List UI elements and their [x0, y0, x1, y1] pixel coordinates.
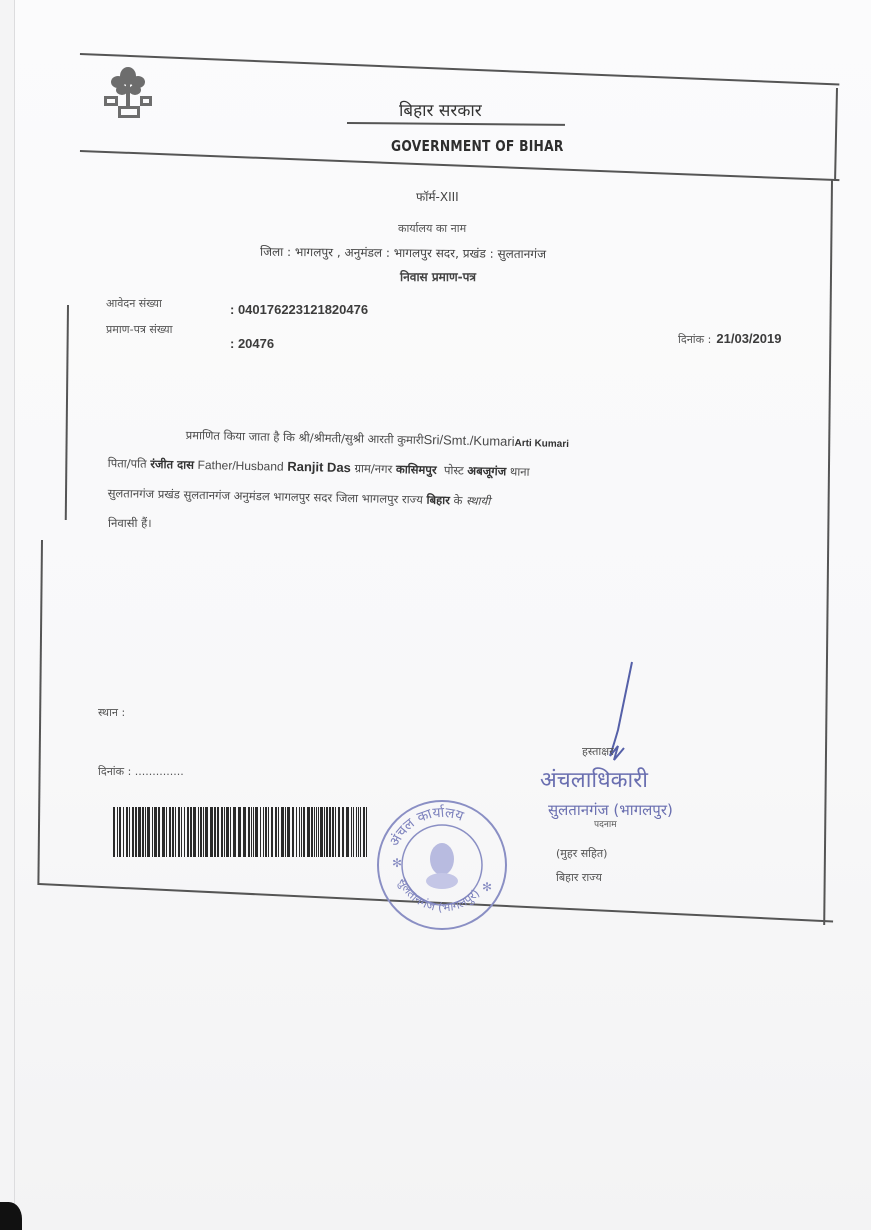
office-detail: जिला : भागलपुर , अनुमंडल : भागलपुर सदर, … [260, 243, 546, 262]
certificate-type: निवास प्रमाण-पत्र [400, 268, 476, 285]
place-label: स्थान : [98, 705, 125, 720]
office-label: कार्यालय का नाम [398, 221, 466, 236]
issue-date-value: 21/03/2019 [716, 331, 781, 346]
state-label: बिहार राज्य [556, 870, 602, 885]
post-label: पदनाम [594, 817, 617, 830]
issue-date: दिनांक : 21/03/2019 [678, 328, 781, 347]
header-title-hindi: बिहार सरकार [399, 98, 482, 121]
office-seal-stamp: ✻ ✻ अंचल कार्यालय सुलतानगंज (भागलपुर) [372, 795, 512, 935]
father-name: Ranjit Das [287, 459, 351, 475]
form-number: फॉर्म-XIII [416, 188, 459, 205]
certificate-number-label: प्रमाण-पत्र संख्या [106, 322, 173, 337]
body-line-4: निवासी हैं। [108, 508, 152, 538]
signature-label: हस्ताक्षर [582, 744, 614, 759]
applicant-name: Arti Kumari [514, 438, 569, 450]
certificate-page [14, 0, 871, 1230]
header-title-english: GOVERNMENT OF BIHAR [391, 137, 564, 155]
application-number-value: : 040176223121820476 [230, 302, 368, 317]
application-number-label: आवेदन संख्या [106, 296, 162, 311]
footer-date-label: दिनांक : .............. [98, 764, 184, 779]
issue-date-label: दिनांक : [678, 333, 711, 346]
bihar-emblem-icon [98, 62, 160, 120]
svg-text:✻: ✻ [392, 856, 402, 870]
barcode [113, 807, 367, 857]
certificate-number-value: : 20476 [230, 336, 274, 351]
seal-note: (मुहर सहित) [556, 846, 607, 861]
svg-text:✻: ✻ [482, 880, 492, 894]
designation-stamp: अंचलाधिकारी [540, 764, 648, 794]
